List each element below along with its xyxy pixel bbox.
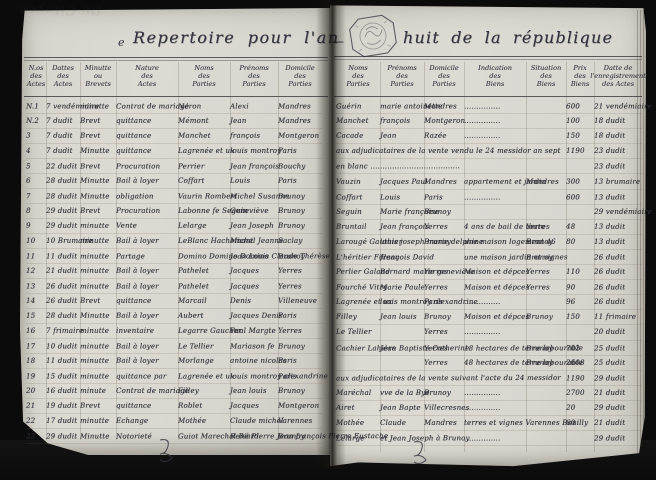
register-cell: Le Tellier	[178, 342, 230, 350]
register-cell: 13 dudit	[594, 222, 642, 230]
register-cell: 13 brumaire	[594, 177, 642, 185]
register-cell: 20	[26, 387, 46, 395]
register-cell: Brunoy	[526, 253, 566, 261]
register-cell: françois	[230, 132, 278, 140]
register-cell: Maison et dépces	[464, 313, 526, 321]
register-cell: 150	[566, 313, 594, 321]
title-rule-right-2	[334, 59, 642, 60]
register-cell: 12	[26, 267, 46, 275]
register-cell: Jean françois	[230, 162, 278, 170]
register-cell: Minutte	[80, 177, 116, 185]
register-cell: Brevt	[80, 207, 116, 215]
register-cell: 300	[566, 177, 594, 185]
column-header: Datte del'enregistrementdes Actes	[594, 62, 642, 88]
register-cell: 7	[26, 192, 46, 200]
register-cell: 16 dudit	[46, 387, 80, 395]
register-cell: Jean	[230, 117, 278, 125]
register-cell: 10	[26, 237, 46, 245]
column-header: DattesdesActes	[46, 62, 80, 88]
page-title-left: Repertoire pour l'an	[133, 28, 340, 47]
column-rule	[278, 62, 279, 440]
register-cell: Bail à loyer	[116, 312, 178, 320]
register-cell: 48 hectares de terre labourable	[464, 358, 526, 366]
register-cell: ...............	[464, 389, 526, 397]
register-cell: 19	[26, 372, 46, 380]
register-cell: Louis	[380, 193, 424, 201]
register-cell: 1190	[566, 147, 594, 155]
register-cell: Yerres	[526, 222, 566, 230]
register-cell: 26 dudit	[594, 253, 642, 261]
register-cell: quittance	[116, 117, 178, 125]
register-row: CoffartLouisParis...............60013 du…	[336, 190, 642, 205]
register-cell: Brunoy	[424, 313, 464, 321]
register-cell: Minutte	[80, 192, 116, 200]
register-cell: Vente	[116, 222, 178, 230]
register-row: ManchetfrançoisMontgeron...............1…	[336, 114, 642, 129]
register-cell: Morlange	[178, 357, 230, 365]
paraph-mark-left	[152, 438, 178, 462]
register-cell: louis montroy	[230, 147, 278, 155]
register-cell: 26 dudit	[46, 297, 80, 305]
register-row: Fourché VitryMarie PauleYerresMaison et …	[336, 280, 642, 295]
register-cell: Coffart	[178, 177, 230, 185]
right-page-column-headers: NomsdesPartiesPrénomsdesPartiesDomiciled…	[336, 62, 642, 96]
column-rule	[230, 62, 231, 440]
register-cell: Yerres	[424, 328, 464, 336]
register-cell: Bernard marie geneviève	[380, 268, 424, 276]
register-cell: 90	[566, 284, 594, 292]
register-cell: 7 dudit	[46, 117, 80, 125]
register-cell: Brevt	[80, 297, 116, 305]
register-cell: Michel Jeanne	[230, 237, 278, 245]
title-rule-left	[24, 57, 328, 58]
register-cell: 7 dudit	[46, 147, 80, 155]
register-cell: louis joseph marie delphine	[380, 238, 424, 246]
register-cell: Maison et dépces	[464, 283, 526, 291]
register-cell: 7 dudit	[46, 132, 80, 140]
register-cell: louis montroy alexandrine	[380, 298, 424, 306]
register-cell: Claude	[380, 419, 424, 427]
register-cell: Brevt	[80, 162, 116, 170]
column-header: DomiciledesParties	[424, 62, 464, 88]
register-cell: Yerres	[424, 344, 464, 352]
register-cell: Jean Baptiste Catherine	[380, 344, 424, 352]
register-cell: 11 dudit	[46, 252, 80, 260]
register-cell: Contrat de mariage	[116, 102, 178, 110]
register-cell: 13	[26, 282, 46, 290]
register-cell: obligation	[116, 192, 178, 200]
register-cell: 26 dudit	[594, 298, 642, 306]
register-cell: Jean Louis Claude Thérèse	[230, 252, 278, 260]
scanned-register-photo: Du Citoyen e Repertoire pour l'an — huit…	[0, 0, 656, 480]
register-cell: Yerres	[424, 268, 464, 276]
register-cell: marie antoinette	[380, 102, 424, 110]
register-cell: Yerres	[526, 284, 566, 292]
register-cell: 96	[566, 298, 594, 306]
register-cell: Lagrenée et ux	[178, 147, 230, 155]
register-cell: 21	[26, 402, 46, 410]
register-cell: Mothée	[178, 417, 230, 425]
register-row: Yerres48 hectares de terre labourableBru…	[336, 356, 642, 371]
register-cell: Bail à loyer	[116, 267, 178, 275]
register-cell: Jean françois	[380, 222, 424, 230]
register-cell: minute	[80, 387, 116, 395]
register-cell: ...............	[464, 298, 526, 306]
register-cell: 2700	[566, 389, 594, 397]
register-cell: terres et vignes Varennes Bouilly	[464, 419, 526, 427]
register-cell: une maison jardin et vignes	[464, 253, 526, 261]
column-rule	[80, 62, 81, 440]
register-cell: Mandres	[424, 177, 464, 185]
register-cell: 11 frimaire	[594, 313, 642, 321]
register-cell: Lagrenée et ux	[178, 372, 230, 380]
register-cell: 600	[566, 102, 594, 110]
register-cell: minutte	[80, 372, 116, 380]
register-cell: 1190	[566, 374, 594, 382]
register-cell: 23	[26, 432, 46, 440]
column-rule	[178, 62, 179, 440]
register-cell: quittance	[116, 132, 178, 140]
register-cell: 25 dudit	[594, 358, 642, 366]
register-cell: Procuration	[116, 207, 178, 215]
register-cell: 29 dudit	[46, 432, 80, 440]
register-cell: 29 dudit	[594, 374, 642, 382]
column-rule	[464, 62, 465, 452]
column-header: PrénomsdesParties	[380, 62, 424, 88]
register-cell: 4 ans de bail de toute	[464, 222, 526, 230]
register-cell: 10 Brumaire	[46, 237, 80, 245]
register-row: aux adjudicataires de la vente suivant l…	[336, 371, 642, 386]
register-cell: Roblet	[178, 402, 230, 410]
octagonal-stamp-icon	[348, 14, 398, 58]
register-cell: 5	[26, 162, 46, 170]
register-cell: 4	[26, 147, 46, 155]
register-cell: Minutte	[80, 147, 116, 155]
register-cell: Yerres	[424, 222, 464, 230]
right-page-rows: Guérinmarie antoinetteMandres...........…	[336, 99, 642, 446]
register-cell: 22	[26, 417, 46, 425]
header-rule-left	[24, 96, 328, 97]
register-cell: minutte	[80, 357, 116, 365]
register-cell: 11 dudit	[46, 357, 80, 365]
register-cell: Paris	[424, 193, 464, 201]
register-cell: ...............	[464, 102, 526, 110]
register-cell: Alexi	[230, 102, 278, 110]
register-row: VauzinJacques PaulMandresappartement et …	[336, 174, 642, 189]
register-cell: 21 dudit	[594, 419, 642, 427]
register-cell: Denis	[230, 297, 278, 305]
register-cell: 15	[26, 312, 46, 320]
register-cell: Jean louis	[230, 387, 278, 395]
register-cell: 2608	[566, 358, 594, 366]
register-cell: minutte	[80, 252, 116, 260]
column-header: MinutteouBrevets	[80, 62, 116, 88]
register-row: L'héritier Filleaufrançois Davidune mais…	[336, 250, 642, 265]
register-row: BruntailJean françoisYerres4 ans de bail…	[336, 220, 642, 235]
column-header: N.osdesActes	[26, 62, 46, 88]
register-cell: minutte	[80, 222, 116, 230]
register-cell: N.2	[26, 117, 46, 125]
register-cell: 15 dudit	[46, 372, 80, 380]
register-cell: Bail à loyer	[116, 237, 178, 245]
register-cell: 7 vendémiaire	[46, 102, 80, 110]
register-cell: 7 frimaire	[46, 327, 80, 335]
register-cell: Echange	[116, 417, 178, 425]
register-cell: Partage	[116, 252, 178, 260]
register-cell: 21 dudit	[594, 389, 642, 397]
column-rule	[116, 62, 117, 440]
register-row: Guérinmarie antoinetteMandres...........…	[336, 99, 642, 114]
register-cell: Jacques	[230, 402, 278, 410]
register-cell: ...............	[464, 132, 526, 140]
register-cell: Brunoy	[424, 389, 464, 397]
register-row: Le TellierYerres...............20 dudit	[336, 325, 642, 340]
title-rule-left-2	[24, 60, 328, 61]
register-cell: Contrat de mariage	[116, 387, 178, 395]
register-cell: Geneviève	[230, 207, 278, 215]
register-cell: quittance	[116, 402, 178, 410]
register-cell: Michel Susanne	[230, 192, 278, 200]
register-row: Maréchalvve de la ByeBrunoy.............…	[336, 386, 642, 401]
register-cell: antoine nicolas	[230, 357, 278, 365]
register-cell: Yerres	[424, 284, 464, 292]
register-cell: 150	[566, 132, 594, 140]
register-cell: Bail à loyer	[116, 357, 178, 365]
register-cell: Bail à loyer	[116, 177, 178, 185]
register-cell: ...............	[464, 117, 526, 125]
register-cell: 28 dudit	[46, 177, 80, 185]
register-cell: 20 dudit	[594, 328, 642, 336]
register-cell: 29 dudit	[46, 222, 80, 230]
register-cell: Marcail	[178, 297, 230, 305]
register-cell: Brunoy	[526, 344, 566, 352]
register-cell: Maison et dépces	[464, 268, 526, 276]
register-cell: 25 dudit	[594, 344, 642, 352]
register-row: Cachier LahièreJean Baptiste CatherineYe…	[336, 341, 642, 356]
register-cell: Pathelet	[178, 282, 230, 290]
register-cell: 26 dudit	[594, 284, 642, 292]
register-cell: ...............	[464, 193, 526, 201]
register-cell: Jean louis	[380, 313, 424, 321]
register-cell: 13 dudit	[594, 193, 642, 201]
register-cell: louis montroy alexandrine	[230, 372, 278, 380]
register-cell: Paul Margte	[230, 327, 278, 335]
register-cell: minutte	[80, 342, 116, 350]
register-cell: ...............	[464, 328, 526, 336]
register-cell: 23 dudit	[594, 147, 642, 155]
column-header: NomsdesParties	[178, 62, 230, 88]
register-cell: Brevt	[80, 402, 116, 410]
register-cell: Brunoy	[526, 358, 566, 366]
register-cell: inventaire	[116, 327, 178, 335]
register-row: en blanc ...............................…	[336, 159, 642, 174]
register-cell: appartement et jardin	[464, 177, 526, 185]
register-cell: ...............	[464, 404, 526, 412]
register-cell: Brunoy	[526, 313, 566, 321]
register-row: CacadeJeanRazée...............15018 dudi…	[336, 129, 642, 144]
register-cell: 26 dudit	[594, 268, 642, 276]
register-cell: Mémont	[178, 117, 230, 125]
register-cell: Yerres	[526, 268, 566, 276]
page-title-right: huit de la république	[403, 28, 613, 47]
register-cell: Brunoy	[424, 208, 464, 216]
register-cell: Marie françoise	[380, 208, 424, 216]
register-cell: Mariason fe	[230, 342, 278, 350]
column-header: PrénomsdesParties	[230, 62, 278, 88]
register-row: Lelargeet Jean Joseph à Brunoy..........…	[336, 431, 642, 446]
register-cell: Jacques	[230, 267, 278, 275]
register-cell: quittance	[116, 147, 178, 155]
column-rule	[380, 62, 381, 452]
register-cell: Mandres	[424, 102, 464, 110]
register-cell: René Pierre Jean françois Pierre Eustach…	[230, 432, 278, 440]
register-cell: Paris	[424, 298, 464, 306]
register-cell: Minutte	[80, 432, 116, 440]
register-cell: Jacques Paul	[380, 177, 424, 185]
register-cell: 29 vendémiaire	[594, 208, 642, 216]
register-row: Perlier GalandBernard marie genevièveYer…	[336, 265, 642, 280]
register-cell: Jean Joseph	[230, 222, 278, 230]
register-cell: 13 dudit	[594, 238, 642, 246]
register-row: AiretJean BapteVillecresnes.............…	[336, 401, 642, 416]
register-row: MothéeClaudeMandresterres et vignes Vare…	[336, 416, 642, 431]
register-cell: Villecresnes	[424, 404, 464, 412]
register-cell: Bail à loyer	[116, 282, 178, 290]
register-cell: 10 dudit	[46, 342, 80, 350]
register-cell: 26 dudit	[46, 282, 80, 290]
register-cell: 11	[26, 252, 46, 260]
column-rule	[526, 62, 527, 452]
register-cell: 20	[566, 404, 594, 412]
register-cell: Filley	[178, 387, 230, 395]
register-cell: Pathelet	[178, 267, 230, 275]
register-cell: Néron	[178, 102, 230, 110]
register-cell: 28 dudit	[46, 192, 80, 200]
column-header: IndicationdesBiens	[464, 62, 526, 88]
register-cell: 18 dudit	[594, 117, 642, 125]
register-row: SeguinMarie françoiseBrunoy29 vendémiair…	[336, 205, 642, 220]
register-cell: minutte	[80, 237, 116, 245]
register-cell: Vaurin Rombert	[178, 192, 230, 200]
register-cell: 14	[26, 297, 46, 305]
register-cell: Aubert	[178, 312, 230, 320]
register-cell: 18 hectares de terre labourable	[464, 344, 526, 352]
register-cell: 29 dudit	[594, 404, 642, 412]
register-cell: 17 dudit	[46, 417, 80, 425]
register-cell: 80	[566, 238, 594, 246]
register-cell: Yerres	[424, 358, 464, 366]
register-cell: Brunoy	[424, 238, 464, 246]
register-cell: Mandres	[526, 177, 566, 185]
register-cell: Jacques	[230, 282, 278, 290]
register-cell: LeBlanc Hachemant	[178, 237, 230, 245]
register-cell: Lelarge	[178, 222, 230, 230]
register-cell: 100	[566, 117, 594, 125]
title-rule-right	[334, 56, 642, 57]
register-row: Larougé Gauthierlouis joseph marie delph…	[336, 235, 642, 250]
register-row: Lagrenée et uxlouis montroy alexandrineP…	[336, 295, 642, 310]
register-cell: Perrier	[178, 162, 230, 170]
register-cell: Claude michel	[230, 417, 278, 425]
register-cell: Jean	[380, 132, 424, 140]
column-header: SituationdesBiens	[526, 62, 566, 88]
page-gutter	[316, 0, 346, 468]
register-cell: 48	[566, 222, 594, 230]
register-cell: françois David	[380, 253, 424, 261]
register-cell: 29 dudit	[594, 434, 642, 442]
register-cell: Razée	[424, 132, 464, 140]
column-rule	[594, 62, 595, 452]
register-cell: Bail à loyer	[116, 342, 178, 350]
register-cell: 16	[26, 327, 46, 335]
register-row: aux adjudicataires de la vente vendu le …	[336, 144, 642, 159]
register-cell: Jean Bapte	[380, 404, 424, 412]
register-cell: 3	[26, 132, 46, 140]
register-row: FilleyJean louisBrunoyMaison et dépcesBr…	[336, 310, 642, 325]
register-cell: 6	[26, 177, 46, 185]
register-cell: Minutte	[80, 312, 116, 320]
register-cell: Montgeron	[424, 117, 464, 125]
register-cell: Jacques Denis	[230, 312, 278, 320]
register-cell: 22 dudit	[46, 162, 80, 170]
title-flourish: e	[118, 36, 125, 49]
register-cell: Mandres	[424, 419, 464, 427]
register-cell: 60	[566, 419, 594, 427]
register-cell: 21 vendémiaire	[594, 102, 642, 110]
register-cell: 29 dudit	[46, 207, 80, 215]
register-cell: 600	[566, 193, 594, 201]
register-cell: 110	[566, 268, 594, 276]
register-cell: ...............	[464, 434, 526, 442]
register-cell: Domino Domino Domino	[178, 252, 230, 260]
register-cell: minutte	[80, 417, 116, 425]
register-cell: minutte	[80, 267, 116, 275]
register-cell: quittance	[116, 297, 178, 305]
register-cell: une maison logement 46	[464, 238, 526, 246]
register-cell: Procuration	[116, 162, 178, 170]
register-cell: Labonne fe Seguin	[178, 207, 230, 215]
register-cell: 9	[26, 222, 46, 230]
register-cell: 18	[26, 357, 46, 365]
register-cell: 8	[26, 207, 46, 215]
register-cell: Manchet	[178, 132, 230, 140]
register-cell: Marie Paule	[380, 284, 424, 292]
register-cell: N.1	[26, 102, 46, 110]
register-cell: vve de la Bye	[380, 389, 424, 397]
register-cell: Legarre Gaucher	[178, 327, 230, 335]
paraph-mark-right	[406, 440, 432, 464]
register-cell: 702	[566, 344, 594, 352]
column-rule	[566, 62, 567, 452]
column-rule	[46, 62, 47, 440]
register-cell: 18 dudit	[594, 132, 642, 140]
column-header: NaturedesActes	[116, 62, 178, 88]
register-cell: 19 dudit	[46, 402, 80, 410]
register-cell: Brunoy	[526, 238, 566, 246]
register-cell: 17	[26, 342, 46, 350]
register-cell: minutte	[80, 102, 116, 110]
register-cell: Louis	[230, 177, 278, 185]
register-cell: 21 dudit	[46, 267, 80, 275]
register-cell: françois	[380, 117, 424, 125]
register-cell: 28 dudit	[46, 312, 80, 320]
register-cell: minutte	[80, 327, 116, 335]
register-cell: minutte	[80, 282, 116, 290]
register-cell: Brevt	[80, 117, 116, 125]
column-rule	[424, 62, 425, 452]
register-cell: quittance par	[116, 372, 178, 380]
register-cell: Guiot Marechal Biard	[178, 432, 230, 440]
